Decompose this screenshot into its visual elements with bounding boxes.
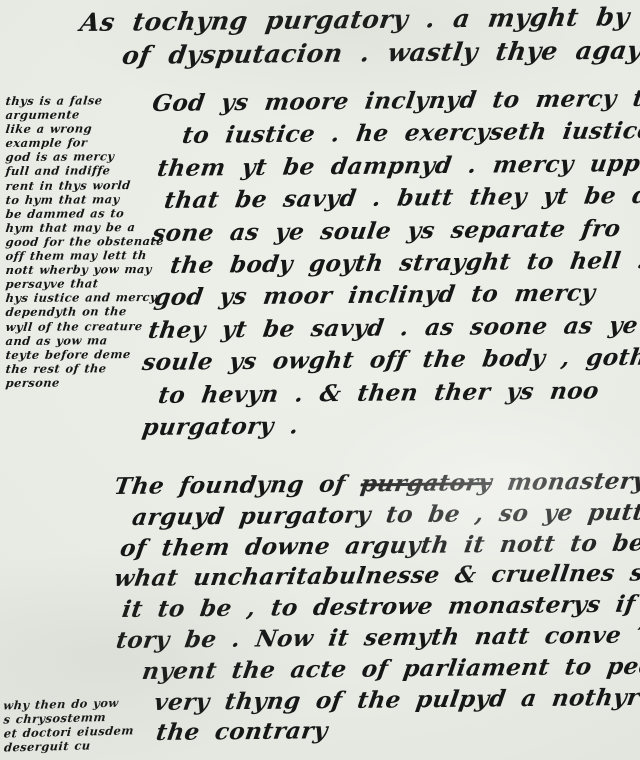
margin-note-line: argumente: [5, 107, 166, 122]
manuscript-line: soule ys owght off the body , goth bythy…: [140, 341, 640, 380]
manuscript-line: to iustice . he exercyseth iustice uppon: [180, 114, 640, 152]
manuscript-line: god ys moor inclinyd to mercy: [152, 276, 640, 315]
manuscript-line: sone as ye soule ys separate fro: [150, 211, 640, 250]
struck-through-word: purgatory: [359, 469, 494, 497]
manuscript-line: tory be . Now it semyth natt conve ″: [114, 619, 640, 657]
margin-note-line: wyll of the creature: [5, 318, 166, 333]
margin-note-line: to hym that may: [5, 192, 166, 207]
margin-note-line: be dammed as to: [5, 206, 166, 221]
manuscript-line-with-deletion: The foundyng of purgatory monasterys: [112, 465, 640, 503]
margin-note-line: off them may lett th: [5, 248, 166, 263]
manuscript-line: God ys moore inclynyd to mercy then: [150, 82, 640, 121]
margin-note-line: thys is a false: [5, 93, 166, 108]
margin-note-line: dependyth on the: [5, 304, 166, 319]
margin-annotation-bottom: why then do yow s chrysostemm et doctori…: [3, 695, 179, 754]
manuscript-text: The foundyng of: [112, 470, 362, 500]
manuscript-page: As tochyng purgatory . a myght by way of…: [0, 0, 640, 760]
manuscript-line: nyent the acte of parliament to pech ″: [140, 650, 640, 687]
margin-note-line: and as yow ma: [5, 332, 166, 347]
main-paragraph-2: The foundyng of purgatory monasterys arg…: [112, 472, 640, 749]
heading-block: As tochyng purgatory . a myght by way of…: [78, 6, 640, 72]
manuscript-line: them yt be dampnyd . mercy uppon them: [155, 147, 640, 186]
margin-note-line: like a wrong: [5, 121, 166, 136]
margin-note-line: full and indiffe: [5, 163, 166, 178]
manuscript-line: the body goyth strayght to hell . Ergo: [168, 244, 640, 283]
margin-note-line: persayve that: [5, 276, 166, 291]
manuscript-line: purgatory .: [140, 406, 640, 445]
margin-note-line: good for the obstenate: [5, 234, 166, 249]
heading-line-2: of dysputacion . wastly thye agaynst it: [120, 33, 640, 72]
manuscript-line: arguyd purgatory to be , so ye puttyng: [130, 496, 640, 533]
manuscript-text: monasterys: [490, 467, 640, 496]
margin-note-line: hym that may be a: [5, 220, 166, 235]
margin-note-line: nott wherby yow may: [5, 262, 166, 277]
margin-annotation-top: thys is a false argumente like a wrong e…: [5, 94, 165, 390]
manuscript-line: the contrary: [154, 712, 640, 749]
heading-line-1: As tochyng purgatory . a myght by way: [78, 0, 640, 39]
margin-note-line: rent in thys world: [5, 177, 166, 192]
manuscript-line: to hevyn . & then ther ys noo: [156, 373, 640, 412]
manuscript-line: that be savyd . butt they yt be dampnyd: [162, 179, 640, 218]
margin-note-line: deserguit cu: [4, 737, 180, 755]
manuscript-line: they yt be savyd . as soone as ye: [146, 308, 640, 347]
main-paragraph-1: God ys moore inclynyd to mercy then to i…: [148, 88, 640, 444]
